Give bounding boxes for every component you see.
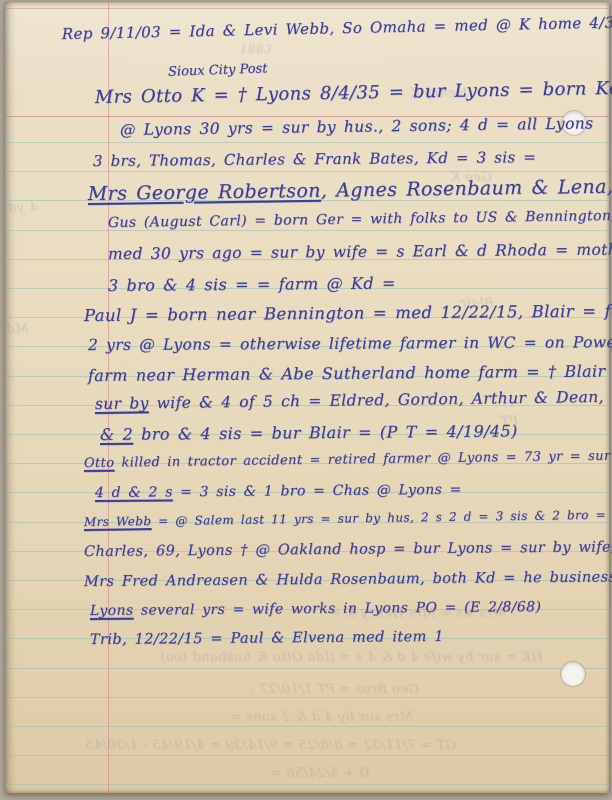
- handwritten-line: 3 bro & 4 sis = = farm @ Kd =: [108, 274, 396, 294]
- handwritten-line: Charles, 69, Lyons † @ Oakland hosp = bu…: [84, 540, 612, 561]
- handwritten-line: 4 d & 2 s = 3 sis & 1 bro = Chas @ Lyons…: [95, 483, 462, 502]
- handwritten-line: 3 brs, Thomas, Charles & Frank Bates, Kd…: [93, 149, 536, 169]
- handwritten-line: Trib, 12/22/15 = Paul & Elvena med item …: [90, 630, 444, 649]
- handwritten-line: sur by wife & 4 of 5 ch = Eldred, Gordon…: [95, 389, 612, 413]
- handwritten-line: Rep 9/11/03 = Ida & Levi Webb, So Omaha …: [62, 14, 612, 43]
- handwritten-line: 2 yrs @ Lyons = otherwise lifetime farme…: [88, 334, 612, 354]
- handwritten-line: Mrs Otto K = † Lyons 8/4/35 = bur Lyons …: [95, 78, 612, 107]
- scanned-note-page: 1883Henry KGeo K4 ygBlairMdPTMrs sis = M…: [0, 0, 612, 800]
- handwritten-line: & 2 bro & 4 sis = bur Blair = (P T = 4/1…: [100, 422, 518, 443]
- handwritten-line: Mrs Webb = @ Salem last 11 yrs = sur by …: [84, 507, 612, 529]
- handwritten-line: @ Lyons 30 yrs = sur by hus., 2 sons; 4 …: [120, 115, 594, 139]
- handwritten-line: Otto killed in tractor accident = retire…: [84, 449, 612, 471]
- handwriting-layer: Sioux City Post Rep 9/11/03 = Ida & Levi…: [0, 0, 612, 800]
- handwritten-line: Mrs George Robertson, Agnes Rosenbaum & …: [88, 176, 612, 205]
- handwritten-line: Paul J = born near Bennington = med 12/2…: [84, 302, 612, 325]
- handwritten-line: med 30 yrs ago = sur by wife = s Earl & …: [108, 241, 612, 263]
- handwritten-line: Mrs Fred Andreasen & Hulda Rosenbaum, bo…: [84, 570, 612, 591]
- handwritten-line: farm near Herman & Abe Sutherland home f…: [88, 362, 612, 384]
- handwritten-line: Lyons several yrs = wife works in Lyons …: [90, 600, 541, 619]
- inserted-annotation: Sioux City Post: [168, 61, 268, 79]
- handwritten-line: Gus (August Carl) = born Ger = with folk…: [108, 208, 612, 231]
